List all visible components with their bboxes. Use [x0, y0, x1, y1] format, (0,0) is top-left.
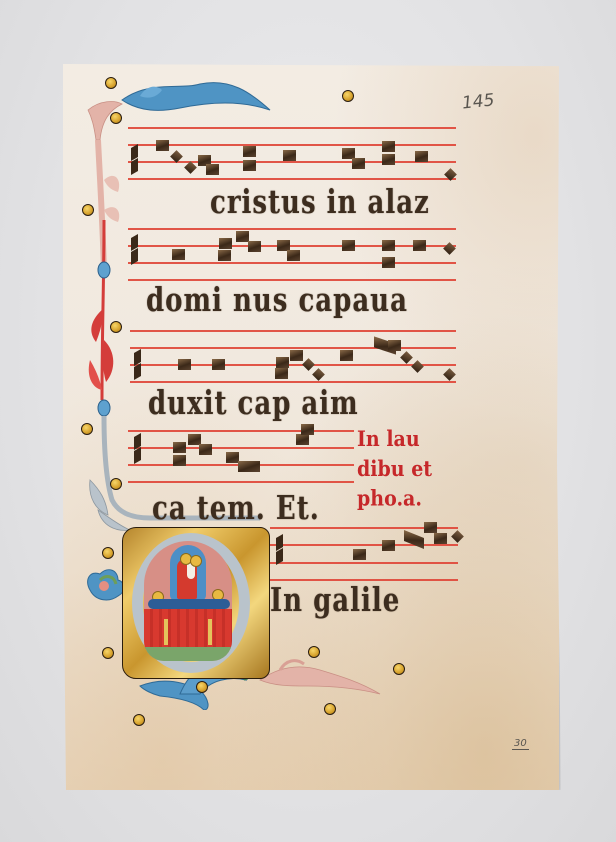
gold-dot: [110, 321, 122, 333]
red-draped-bier: [144, 609, 232, 649]
candlestick: [208, 619, 212, 645]
rubric-line-1: In lau: [357, 424, 432, 454]
gold-dot: [82, 204, 94, 216]
gold-dot: [81, 423, 93, 435]
gold-dot: [102, 547, 114, 559]
historiated-initial: [122, 527, 270, 679]
gold-dot: [110, 478, 122, 490]
miniature-scene: [144, 541, 232, 661]
lyric-line-4: ca tem. Et.: [152, 490, 320, 528]
gold-dot: [324, 703, 336, 715]
gold-dot: [110, 112, 122, 124]
gold-dot: [342, 90, 354, 102]
gold-dot: [133, 714, 145, 726]
green-floor: [144, 647, 232, 661]
gold-dot: [308, 646, 320, 658]
gold-dot: [393, 663, 405, 675]
gold-dot: [196, 681, 208, 693]
rubric-line-3: pho.a.: [357, 484, 432, 514]
rubric-line-2: dibu et: [357, 454, 432, 484]
virgin-on-bier: [148, 599, 230, 609]
gold-dot: [105, 77, 117, 89]
bottom-pencil-number: 30: [512, 738, 529, 750]
halo: [190, 555, 202, 567]
lyric-line-2: domi nus capaua: [146, 282, 408, 320]
candlestick: [164, 619, 168, 645]
gold-dot: [102, 647, 114, 659]
rubric-text: In lau dibu et pho.a.: [357, 424, 432, 514]
lyric-line-5: In galile: [270, 582, 400, 620]
lyric-line-1: cristus in alaz: [210, 184, 430, 222]
lyric-line-3: duxit cap aim: [148, 385, 359, 423]
